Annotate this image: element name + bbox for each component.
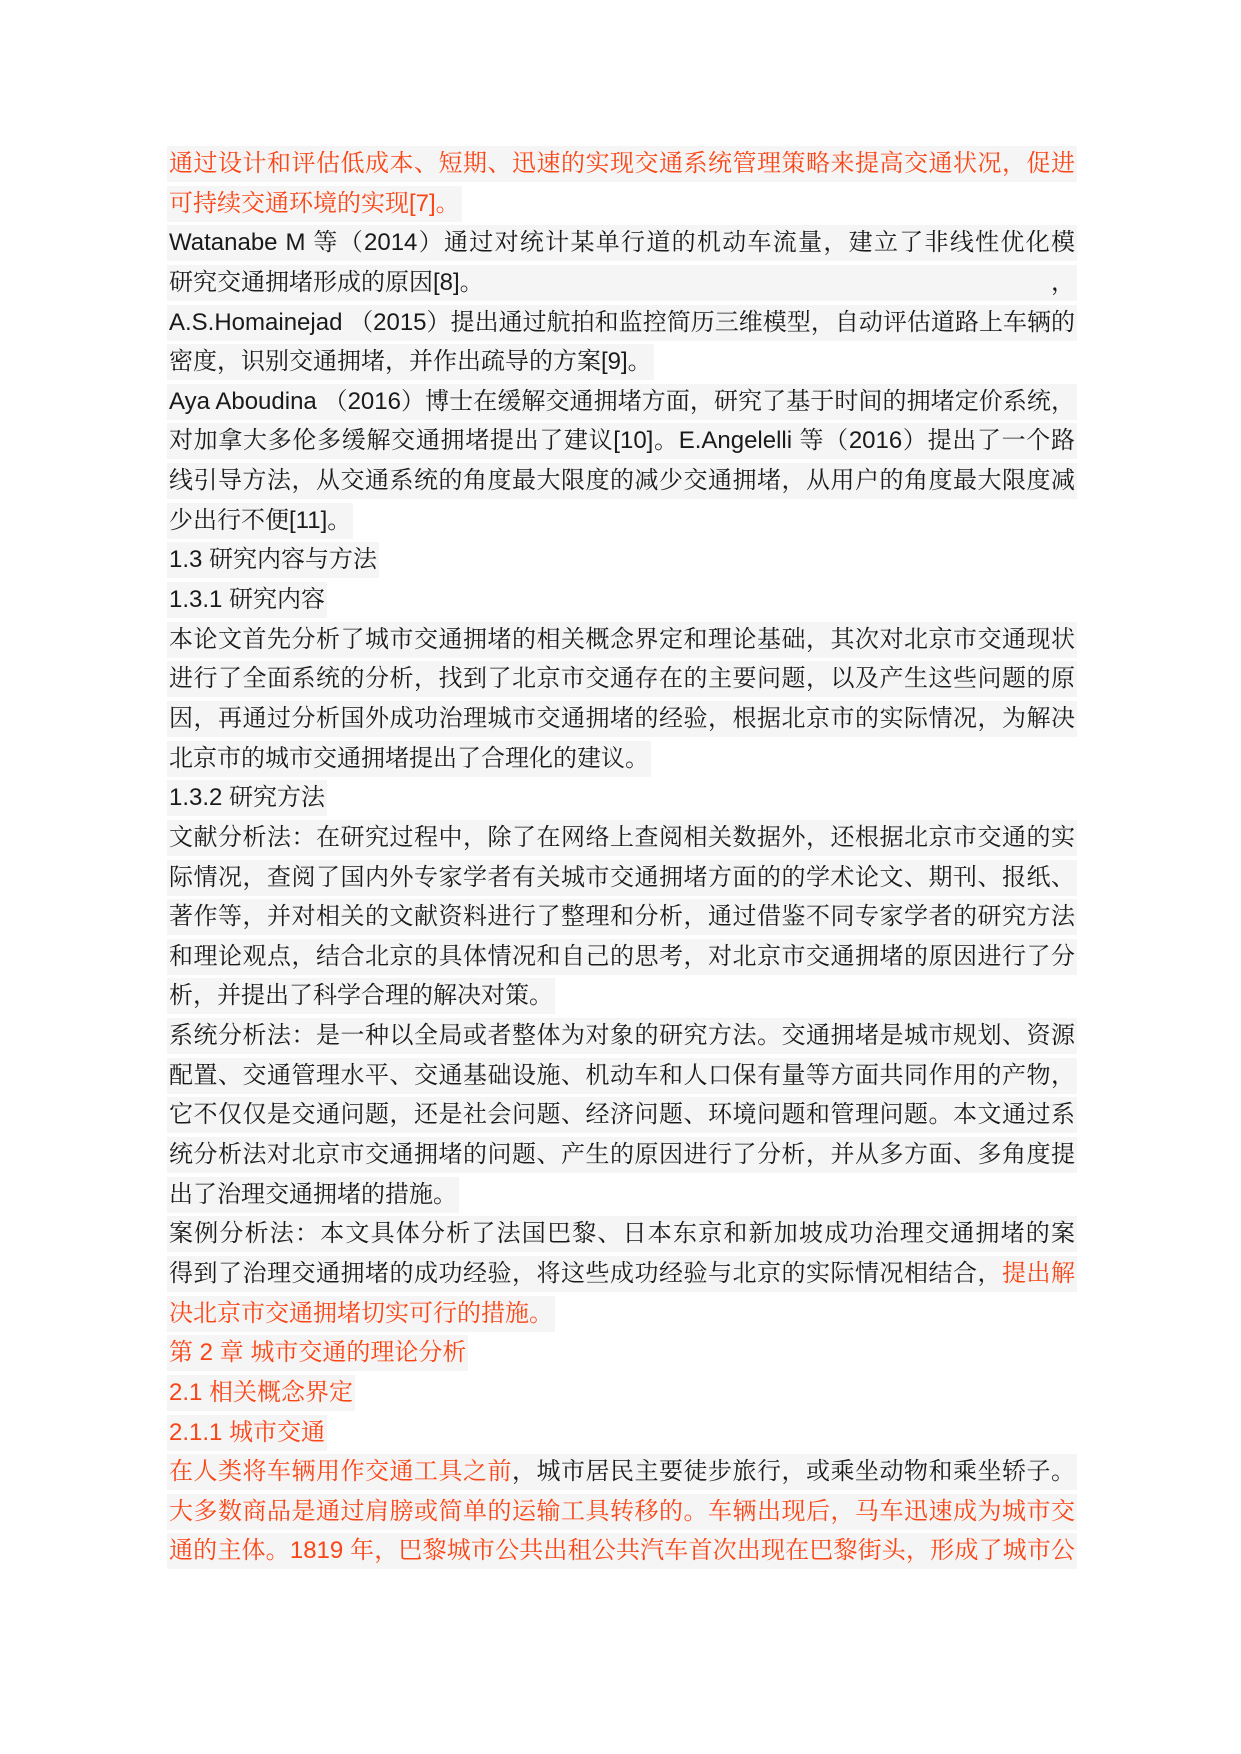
- text-segment: 密度，识别交通拥堵，并作出疏导的方案[9]。: [169, 348, 652, 375]
- text-line: 它不仅仅是交通问题，还是社会问题、经济问题、环境问题和管理问题。本文通过系: [167, 1095, 1077, 1135]
- text-segment: 得到了治理交通拥堵的成功经验，将这些成功经验与北京的实际情况相结合，: [169, 1260, 1002, 1287]
- text-line: 线引导方法，从交通系统的角度最大限度的减少交通拥堵，从用户的角度最大限度减: [167, 461, 1077, 501]
- text-segment: 第 2 章 城市交通的理论分析: [169, 1339, 466, 1366]
- text-line: 案例分析法：本文具体分析了法国巴黎、日本东京和新加坡成功治理交通拥堵的案例，: [167, 1214, 1077, 1254]
- line-highlight: 配置、交通管理水平、交通基础设施、机动车和人口保有量等方面共同作用的产物，: [167, 1058, 1077, 1094]
- text-segment: 2.1 相关概念界定: [169, 1379, 353, 1406]
- text-segment: 统分析法对北京市交通拥堵的问题、产生的原因进行了分析，并从多方面、多角度提: [169, 1141, 1075, 1168]
- line-highlight: 北京市的城市交通拥堵提出了合理化的建议。: [167, 741, 651, 777]
- text-line: Aya Aboudina （2016）博士在缓解交通拥堵方面，研究了基于时间的拥…: [167, 382, 1077, 422]
- document-page: 通过设计和评估低成本、短期、迅速的实现交通系统管理策略来提高交通状况，促进可持续…: [0, 0, 1241, 1754]
- text-segment: 大多数商品是通过肩膀或简单的运输工具转移的。车辆出现后，马车迅速成为城市交: [169, 1498, 1075, 1525]
- text-line: A.S.Homainejad （2015）提出通过航拍和监控简历三维模型，自动评…: [167, 303, 1077, 343]
- text-line: 2.1 相关概念界定: [167, 1373, 1077, 1413]
- line-highlight: 大多数商品是通过肩膀或简单的运输工具转移的。车辆出现后，马车迅速成为城市交: [167, 1494, 1077, 1530]
- text-segment: 因，再通过分析国外成功治理城市交通拥堵的经验，根据北京市的实际情况，为解决: [169, 705, 1075, 732]
- text-line: 析，并提出了科学合理的解决对策。: [167, 976, 1077, 1016]
- text-line: 文献分析法：在研究过程中，除了在网络上查阅相关数据外，还根据北京市交通的实: [167, 818, 1077, 858]
- text-segment: 通过设计和评估低成本、短期、迅速的实现交通系统管理策略来提高交通状况，促进: [169, 150, 1075, 177]
- line-highlight: 2.1 相关概念界定: [167, 1375, 355, 1411]
- text-segment: 少出行不便[11]。: [169, 507, 351, 534]
- text-line: 可持续交通环境的实现[7]。: [167, 184, 1077, 224]
- line-highlight: 文献分析法：在研究过程中，除了在网络上查阅相关数据外，还根据北京市交通的实: [167, 820, 1077, 856]
- text-segment: 2.1.1 城市交通: [169, 1419, 325, 1446]
- text-segment: 通的主体。1819 年，巴黎城市公共出租公共汽车首次出现在巴黎街头，形成了城市公: [169, 1537, 1075, 1564]
- text-line: 1.3.1 研究内容: [167, 580, 1077, 620]
- text-segment: 文献分析法：在研究过程中，除了在网络上查阅相关数据外，还根据北京市交通的实: [169, 824, 1075, 851]
- line-highlight: 系统分析法：是一种以全局或者整体为对象的研究方法。交通拥堵是城市规划、资源: [167, 1018, 1077, 1054]
- line-highlight: 可持续交通环境的实现[7]。: [167, 186, 462, 222]
- text-segment: 研究交通拥堵形成的原因[8]。: [169, 269, 484, 296]
- line-highlight: A.S.Homainejad （2015）提出通过航拍和监控简历三维模型，自动评…: [167, 305, 1077, 341]
- text-segment: 出了治理交通拥堵的措施。: [169, 1181, 457, 1208]
- text-line: 2.1.1 城市交通: [167, 1413, 1077, 1453]
- text-line: 通过设计和评估低成本、短期、迅速的实现交通系统管理策略来提高交通状况，促进: [167, 144, 1077, 184]
- text-segment: ，城市居民主要徒步旅行，或乘坐动物和乘坐轿子。: [512, 1458, 1075, 1485]
- text-line: 际情况，查阅了国内外专家学者有关城市交通拥堵方面的的学术论文、期刊、报纸、: [167, 858, 1077, 898]
- line-highlight: 决北京市交通拥堵切实可行的措施。: [167, 1296, 555, 1332]
- text-segment: 进行了全面系统的分析，找到了北京市交通存在的主要问题，以及产生这些问题的原: [169, 665, 1075, 692]
- line-highlight: 线引导方法，从交通系统的角度最大限度的减少交通拥堵，从用户的角度最大限度减: [167, 463, 1077, 499]
- text-segment: 际情况，查阅了国内外专家学者有关城市交通拥堵方面的的学术论文、期刊、报纸、: [169, 864, 1075, 891]
- text-line: 对加拿大多伦多缓解交通拥堵提出了建议[10]。E.Angelelli 等（201…: [167, 421, 1077, 461]
- text-line: 统分析法对北京市交通拥堵的问题、产生的原因进行了分析，并从多方面、多角度提: [167, 1135, 1077, 1175]
- text-line: 通的主体。1819 年，巴黎城市公共出租公共汽车首次出现在巴黎街头，形成了城市公: [167, 1531, 1077, 1571]
- text-line: 系统分析法：是一种以全局或者整体为对象的研究方法。交通拥堵是城市规划、资源: [167, 1016, 1077, 1056]
- text-line: 1.3.2 研究方法: [167, 778, 1077, 818]
- line-highlight: 2.1.1 城市交通: [167, 1415, 327, 1451]
- text-segment: 系统分析法：是一种以全局或者整体为对象的研究方法。交通拥堵是城市规划、资源: [169, 1022, 1075, 1049]
- text-segment: 和理论观点，结合北京的具体情况和自己的思考，对北京市交通拥堵的原因进行了分: [169, 943, 1075, 970]
- text-segment: 1.3.1 研究内容: [169, 586, 325, 613]
- line-highlight: 因，再通过分析国外成功治理城市交通拥堵的经验，根据北京市的实际情况，为解决: [167, 701, 1077, 737]
- text-segment: 本论文首先分析了城市交通拥堵的相关概念界定和理论基础，其次对北京市交通现状: [169, 626, 1075, 653]
- line-highlight: 研究交通拥堵形成的原因[8]。: [167, 265, 486, 301]
- line-highlight: 通过设计和评估低成本、短期、迅速的实现交通系统管理策略来提高交通状况，促进: [167, 146, 1077, 182]
- text-line: 北京市的城市交通拥堵提出了合理化的建议。: [167, 739, 1077, 779]
- text-segment: Aya Aboudina （2016）博士在缓解交通拥堵方面，研究了基于时间的拥…: [169, 388, 1075, 415]
- line-highlight: 出了治理交通拥堵的措施。: [167, 1177, 459, 1213]
- text-line: 少出行不便[11]。: [167, 501, 1077, 541]
- line-highlight: 进行了全面系统的分析，找到了北京市交通存在的主要问题，以及产生这些问题的原: [167, 661, 1077, 697]
- line-highlight: Aya Aboudina （2016）博士在缓解交通拥堵方面，研究了基于时间的拥…: [167, 384, 1077, 420]
- text-line: 配置、交通管理水平、交通基础设施、机动车和人口保有量等方面共同作用的产物，: [167, 1056, 1077, 1096]
- line-highlight: 密度，识别交通拥堵，并作出疏导的方案[9]。: [167, 344, 654, 380]
- text-segment: 它不仅仅是交通问题，还是社会问题、经济问题、环境问题和管理问题。本文通过系: [169, 1101, 1075, 1128]
- line-highlight: 1.3 研究内容与方法: [167, 542, 379, 578]
- text-segment: 配置、交通管理水平、交通基础设施、机动车和人口保有量等方面共同作用的产物，: [169, 1062, 1075, 1089]
- text-line: 密度，识别交通拥堵，并作出疏导的方案[9]。: [167, 342, 1077, 382]
- document-content: 通过设计和评估低成本、短期、迅速的实现交通系统管理策略来提高交通状况，促进可持续…: [167, 144, 1077, 1571]
- line-highlight: 著作等，并对相关的文献资料进行了整理和分析，通过借鉴不同专家学者的研究方法: [167, 899, 1077, 935]
- text-line: 得到了治理交通拥堵的成功经验，将这些成功经验与北京的实际情况相结合，提出解: [167, 1254, 1077, 1294]
- text-segment: 1.3 研究内容与方法: [169, 546, 377, 573]
- line-highlight: 本论文首先分析了城市交通拥堵的相关概念界定和理论基础，其次对北京市交通现状: [167, 622, 1077, 658]
- line-highlight: 和理论观点，结合北京的具体情况和自己的思考，对北京市交通拥堵的原因进行了分: [167, 939, 1077, 975]
- text-line: 因，再通过分析国外成功治理城市交通拥堵的经验，根据北京市的实际情况，为解决: [167, 699, 1077, 739]
- text-line: 本论文首先分析了城市交通拥堵的相关概念界定和理论基础，其次对北京市交通现状: [167, 620, 1077, 660]
- text-line: 大多数商品是通过肩膀或简单的运输工具转移的。车辆出现后，马车迅速成为城市交: [167, 1492, 1077, 1532]
- text-segment: 对加拿大多伦多缓解交通拥堵提出了建议[10]。E.Angelelli 等（201…: [169, 427, 1075, 454]
- text-line: 在人类将车辆用作交通工具之前，城市居民主要徒步旅行，或乘坐动物和乘坐轿子。: [167, 1452, 1077, 1492]
- line-highlight: 1.3.1 研究内容: [167, 582, 327, 618]
- text-line: 进行了全面系统的分析，找到了北京市交通存在的主要问题，以及产生这些问题的原: [167, 659, 1077, 699]
- text-segment: 决北京市交通拥堵切实可行的措施。: [169, 1300, 553, 1327]
- line-highlight: 通的主体。1819 年，巴黎城市公共出租公共汽车首次出现在巴黎街头，形成了城市公: [167, 1533, 1077, 1569]
- line-highlight: 第 2 章 城市交通的理论分析: [167, 1335, 468, 1371]
- text-line: 出了治理交通拥堵的措施。: [167, 1175, 1077, 1215]
- text-segment: 可持续交通环境的实现[7]。: [169, 190, 460, 217]
- line-highlight: 统分析法对北京市交通拥堵的问题、产生的原因进行了分析，并从多方面、多角度提: [167, 1137, 1077, 1173]
- text-segment: 1.3.2 研究方法: [169, 784, 325, 811]
- text-segment: 提出解: [1002, 1260, 1075, 1287]
- text-line: 第 2 章 城市交通的理论分析: [167, 1333, 1077, 1373]
- line-highlight: 际情况，查阅了国内外专家学者有关城市交通拥堵方面的的学术论文、期刊、报纸、: [167, 860, 1077, 896]
- line-highlight: 1.3.2 研究方法: [167, 780, 327, 816]
- text-segment: 线引导方法，从交通系统的角度最大限度的减少交通拥堵，从用户的角度最大限度减: [169, 467, 1075, 494]
- text-segment: 在人类将车辆用作交通工具之前: [169, 1458, 512, 1485]
- text-line: Watanabe M 等（2014）通过对统计某单行道的机动车流量，建立了非线性…: [167, 223, 1077, 263]
- line-highlight: 少出行不便[11]。: [167, 503, 353, 539]
- line-highlight: 在人类将车辆用作交通工具之前，城市居民主要徒步旅行，或乘坐动物和乘坐轿子。: [167, 1454, 1077, 1490]
- text-line: 和理论观点，结合北京的具体情况和自己的思考，对北京市交通拥堵的原因进行了分: [167, 937, 1077, 977]
- text-segment: 北京市的城市交通拥堵提出了合理化的建议。: [169, 745, 649, 772]
- line-highlight: 得到了治理交通拥堵的成功经验，将这些成功经验与北京的实际情况相结合，提出解: [167, 1256, 1077, 1292]
- text-segment: 著作等，并对相关的文献资料进行了整理和分析，通过借鉴不同专家学者的研究方法: [169, 903, 1075, 930]
- text-segment: A.S.Homainejad （2015）提出通过航拍和监控简历三维模型，自动评…: [169, 309, 1075, 336]
- text-segment: 析，并提出了科学合理的解决对策。: [169, 982, 553, 1009]
- line-highlight: 它不仅仅是交通问题，还是社会问题、经济问题、环境问题和管理问题。本文通过系: [167, 1097, 1077, 1133]
- text-line: 决北京市交通拥堵切实可行的措施。: [167, 1294, 1077, 1334]
- line-highlight: 对加拿大多伦多缓解交通拥堵提出了建议[10]。E.Angelelli 等（201…: [167, 423, 1077, 459]
- text-line: 著作等，并对相关的文献资料进行了整理和分析，通过借鉴不同专家学者的研究方法: [167, 897, 1077, 937]
- text-line: 1.3 研究内容与方法: [167, 540, 1077, 580]
- line-highlight: 析，并提出了科学合理的解决对策。: [167, 978, 555, 1014]
